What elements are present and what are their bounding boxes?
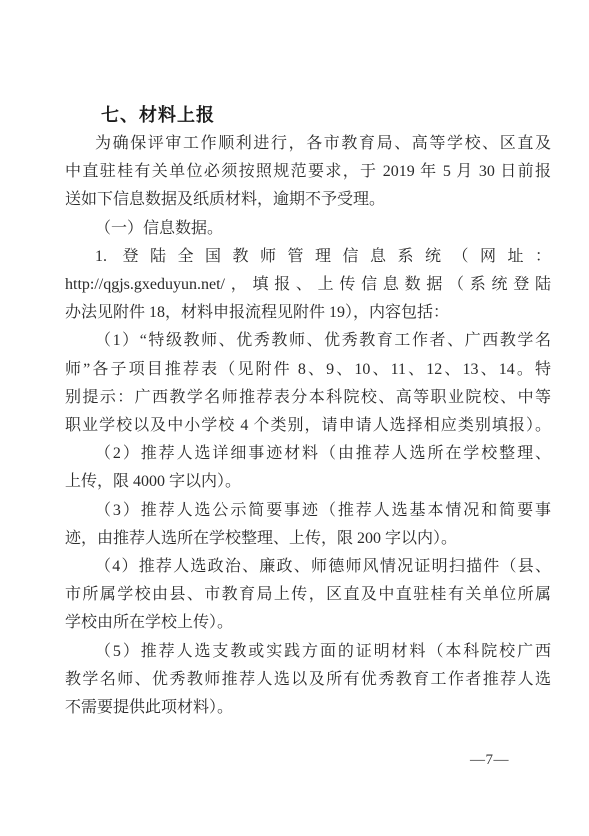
text-line: （2）推荐人选详细事迹材料（由推荐人选所在学校整理、 xyxy=(65,440,551,468)
text-line: 市所属学校由县、市教育局上传，区直及中直驻桂有关单位所属 xyxy=(65,581,551,609)
section-heading: 七、材料上报 xyxy=(65,101,551,130)
page-number: —7— xyxy=(470,751,509,769)
text-line: 迹，由推荐人选所在学校整理、上传，限 200 字以内）。 xyxy=(65,525,551,553)
text-line: 教学名师、优秀教师推荐人选以及所有优秀教育工作者推荐人选 xyxy=(65,666,551,694)
text-line: 别提示：广西教学名师推荐表分本科院校、高等职业院校、中等 xyxy=(65,384,551,412)
text-line: （5）推荐人选支教或实践方面的证明材料（本科院校广西 xyxy=(65,638,551,666)
text-line: 不需要提供此项材料）。 xyxy=(65,694,551,722)
text-line: http://qgjs.gxeduyun.net/，填报、上传信息数据（系统登陆 xyxy=(65,271,551,299)
text-line: 上传，限 4000 字以内）。 xyxy=(65,468,551,496)
text-line: 职业学校以及中小学校 4 个类别，请申请人选择相应类别填报）。 xyxy=(65,412,551,440)
text-line: （3）推荐人选公示简要事迹（推荐人选基本情况和简要事 xyxy=(65,497,551,525)
text-line: （1）“特级教师、优秀教师、优秀教育工作者、广西教学名 xyxy=(65,327,551,355)
document-page: 七、材料上报 为确保评审工作顺利进行，各市教育局、高等学校、区直及 中直驻桂有关… xyxy=(0,0,589,836)
text-line: 师”各子项目推荐表（见附件 8、9、10、11、12、13、14。特 xyxy=(65,356,551,384)
text-line: 中直驻桂有关单位必须按照规范要求，于 2019 年 5 月 30 日前报 xyxy=(65,158,551,186)
text-line: （一）信息数据。 xyxy=(65,215,551,243)
text-line: 学校由所在学校上传）。 xyxy=(65,609,551,637)
text-line: 为确保评审工作顺利进行，各市教育局、高等学校、区直及 xyxy=(65,130,551,158)
text-line: 办法见附件 18，材料申报流程见附件 19），内容包括： xyxy=(65,299,551,327)
text-line: 送如下信息数据及纸质材料，逾期不予受理。 xyxy=(65,186,551,214)
text-line: （4）推荐人选政治、廉政、师德师风情况证明扫描件（县、 xyxy=(65,553,551,581)
document-body: 七、材料上报 为确保评审工作顺利进行，各市教育局、高等学校、区直及 中直驻桂有关… xyxy=(65,101,551,722)
text-line: 1. 登陆全国教师管理信息系统（网址： xyxy=(65,243,551,271)
